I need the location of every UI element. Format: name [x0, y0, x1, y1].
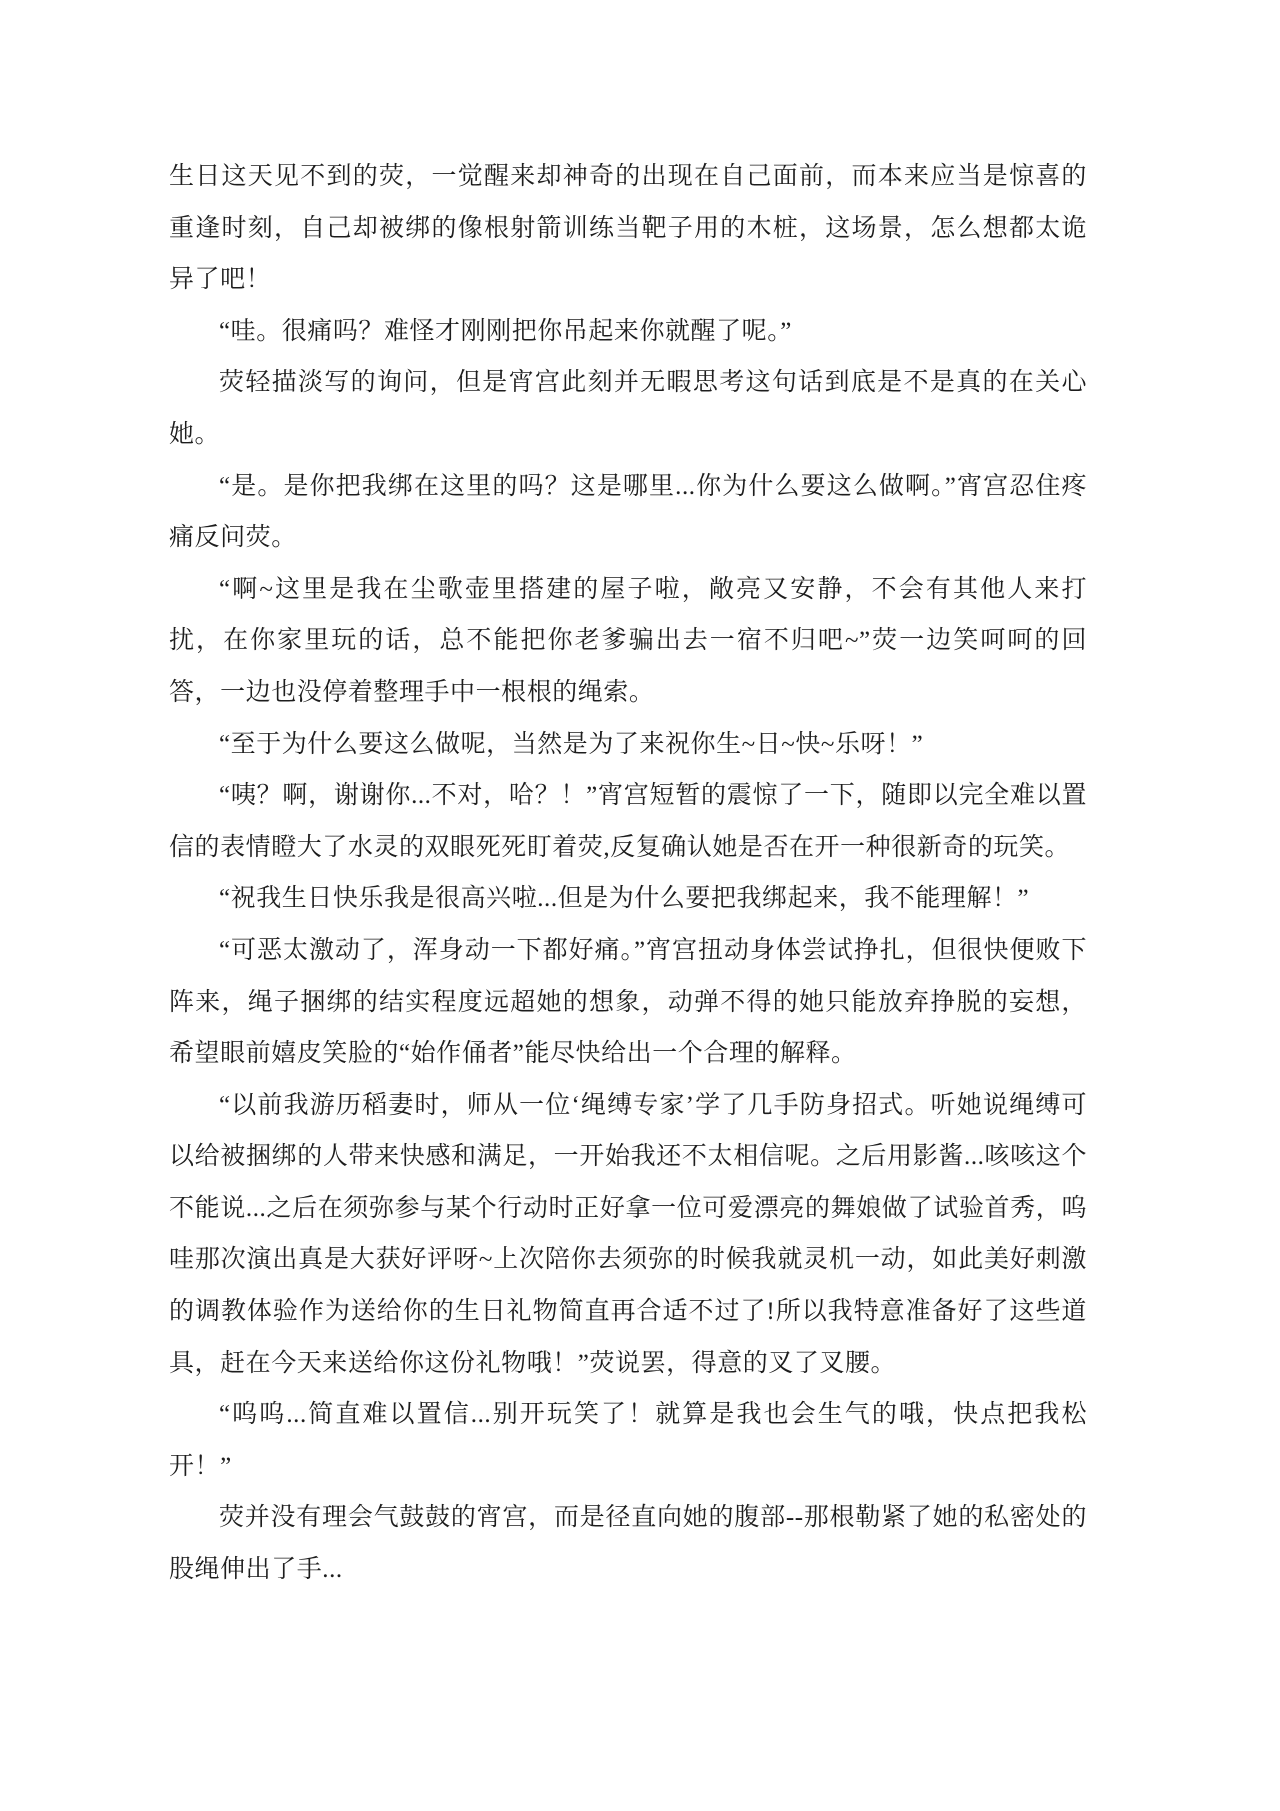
paragraph-9: “可恶太激动了，浑身动一下都好痛。”宵宫扭动身体尝试挣扎，但很快便败下阵来，绳子… — [169, 925, 1087, 1080]
paragraph-1: 生日这天见不到的荧，一觉醒来却神奇的出现在自己面前，而本来应当是惊喜的重逢时刻，… — [169, 151, 1087, 306]
paragraph-11: “呜呜...简直难以置信...别开玩笑了！就算是我也会生气的哦，快点把我松开！” — [169, 1389, 1087, 1492]
paragraph-5: “啊~这里是我在尘歌壶里搭建的屋子啦，敞亮又安静，不会有其他人来打扰，在你家里玩… — [169, 564, 1087, 719]
paragraph-3: 荧轻描淡写的询问，但是宵宫此刻并无暇思考这句话到底是不是真的在关心她。 — [169, 357, 1087, 460]
paragraph-2: “哇。很痛吗？难怪才刚刚把你吊起来你就醒了呢。” — [169, 306, 1087, 358]
paragraph-12: 荧并没有理会气鼓鼓的宵宫，而是径直向她的腹部--那根勒紧了她的私密处的股绳伸出了… — [169, 1492, 1087, 1595]
paragraph-6: “至于为什么要这么做呢，当然是为了来祝你生~日~快~乐呀！” — [169, 719, 1087, 771]
paragraph-7: “咦？啊，谢谢你...不对，哈？！”宵宫短暂的震惊了一下，随即以完全难以置信的表… — [169, 770, 1087, 873]
paragraph-4: “是。是你把我绑在这里的吗？这是哪里...你为什么要这么做啊。”宵宫忍住疼痛反问… — [169, 461, 1087, 564]
paragraph-10: “以前我游历稻妻时，师从一位‘绳缚专家’学了几手防身招式。听她说绳缚可以给被捆绑… — [169, 1080, 1087, 1390]
paragraph-8: “祝我生日快乐我是很高兴啦...但是为什么要把我绑起来，我不能理解！” — [169, 873, 1087, 925]
document-page: 生日这天见不到的荧，一觉醒来却神奇的出现在自己面前，而本来应当是惊喜的重逢时刻，… — [0, 0, 1280, 1811]
